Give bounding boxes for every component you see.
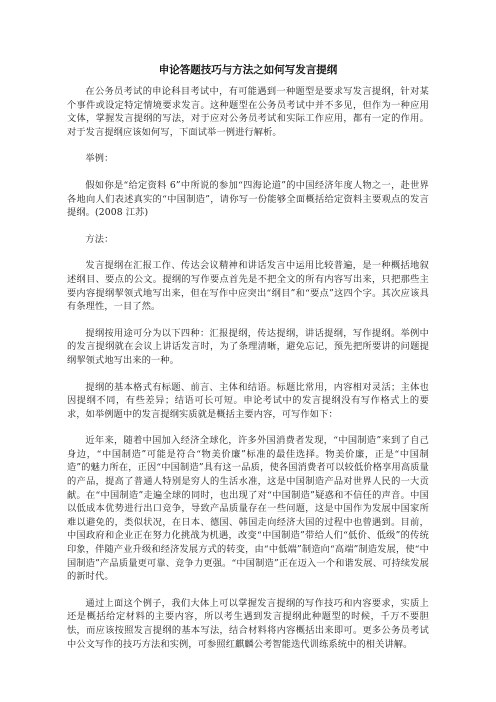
paragraph-method-label: 方法： [67, 233, 429, 247]
paragraph-sample-answer: 近年来，随着中国加入经济全球化，许多外国消费者发现，“中国制造”来到了自己身边，… [67, 434, 429, 584]
paragraph-outline-types: 提纲按用途可分为以下四种：汇报提纲，传达提纲，讲话提纲，写作提纲。举例中的发言提… [67, 327, 429, 368]
paragraph-conclusion: 通过上面这个例子，我们大体上可以掌握发言提纲的写作技巧和内容要求，实质上还是概括… [67, 597, 429, 651]
paragraph-method-definition: 发言提纲在汇报工作、传达会议精神和讲话发言中运用比较普遍，是一种概括地叙述纲目、… [67, 259, 429, 313]
document-title: 申论答题技巧与方法之如何写发言提纲 [67, 62, 429, 78]
paragraph-example-question: 假如你是“给定资料 6”中所说的参加“四海论道”的中国经济年度人物之一，赴世界各… [67, 179, 429, 220]
document-page: 申论答题技巧与方法之如何写发言提纲 在公务员考试的申论科目考试中，有可能遇到一种… [67, 62, 429, 664]
paragraph-example-label: 举例： [67, 152, 429, 166]
paragraph-intro: 在公务员考试的申论科目考试中，有可能遇到一种题型是要求写发言提纲，针对某个事件或… [67, 85, 429, 139]
paragraph-outline-format: 提纲的基本格式有标题、前言、主体和结语。标题比常用，内容相对灵活；主体也因提纲不… [67, 381, 429, 422]
